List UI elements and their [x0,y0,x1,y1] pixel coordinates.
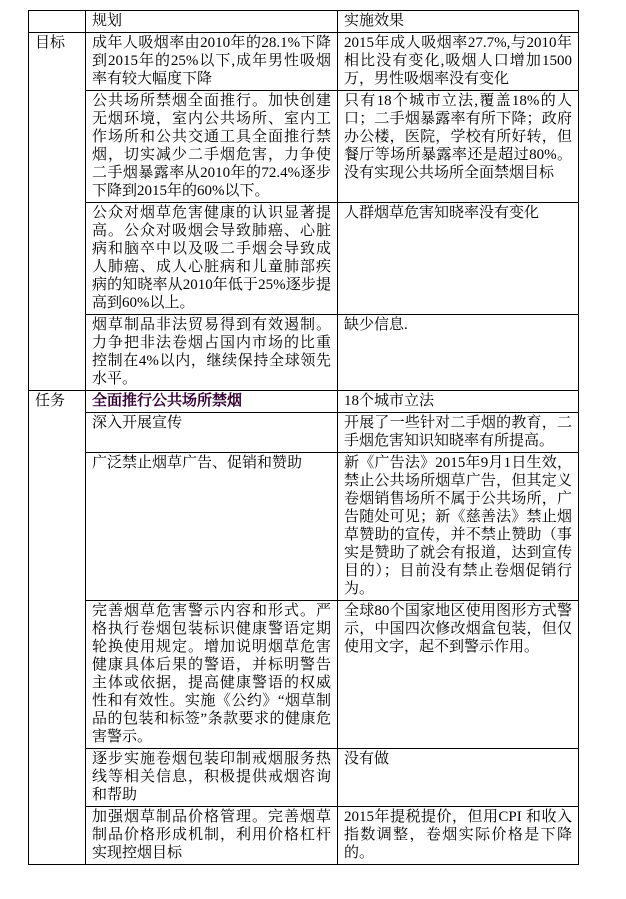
effect-cell: 18个城市立法 [338,391,579,413]
task-title-cell: 全面推行公共场所禁烟 [86,391,338,413]
table-row: 烟草制品非法贸易得到有效遏制。力争把非法卷烟占国内市场的比重控制在4%以内，继续… [29,315,579,391]
table-row: 目标 成年人吸烟率由2010年的28.1%下降到2015年的25%以下,成年男性… [29,33,579,91]
plan-cell: 广泛禁止烟草广告、促销和赞助 [86,453,338,601]
plan-cell: 完善烟草危害警示内容和形式。严格执行卷烟包装标识健康警语定期轮换使用规定。增加说… [86,601,338,749]
plan-cell: 公共场所禁烟全面推行。加快创建无烟环境，室内公共场所、室内工作场所和公共交通工具… [86,91,338,203]
table-row: 公共场所禁烟全面推行。加快创建无烟环境，室内公共场所、室内工作场所和公共交通工具… [29,91,579,203]
effect-cell: 新《广告法》2015年9月1日生效，禁止公共场所烟草广告，但其定义卷烟销售场所不… [338,453,579,601]
effect-cell: 2015年成人吸烟率27.7%,与2010年相比没有变化,吸烟人口增加1500万… [338,33,579,91]
plan-cell: 公众对烟草危害健康的认识显著提高。公众对吸烟会导致肺癌、心脏病和脑卒中以及吸二手… [86,203,338,315]
section-label-tasks: 任务 [29,391,86,865]
effect-cell: 没有做 [338,749,579,807]
table-row: 完善烟草危害警示内容和形式。严格执行卷烟包装标识健康警语定期轮换使用规定。增加说… [29,601,579,749]
table-row: 逐步实施卷烟包装印制戒烟服务热线等相关信息，积极提供戒烟咨询和帮助 没有做 [29,749,579,807]
effect-cell: 2015年提税提价，但用CPI 和收入指数调整，卷烟实际价格是下降的。 [338,807,579,865]
planning-effect-table: 规划 实施效果 目标 成年人吸烟率由2010年的28.1%下降到2015年的25… [28,10,579,865]
column-header-plan: 规划 [86,11,338,33]
plan-cell: 烟草制品非法贸易得到有效遏制。力争把非法卷烟占国内市场的比重控制在4%以内，继续… [86,315,338,391]
effect-cell: 缺少信息. [338,315,579,391]
header-corner-cell [29,11,86,33]
effect-cell: 开展了一些针对二手烟的教育，二手烟危害知识知晓率有所提高。 [338,413,579,453]
effect-cell: 全球80个国家地区使用图形方式警示，中国四次修改烟盒包装，但仅使用文字，起不到警… [338,601,579,749]
table-row: 广泛禁止烟草广告、促销和赞助 新《广告法》2015年9月1日生效，禁止公共场所烟… [29,453,579,601]
column-header-effect: 实施效果 [338,11,579,33]
effect-cell: 只有18个城市立法,覆盖18%的人口；二手烟暴露率有所下降；政府办公楼，医院，学… [338,91,579,203]
table-row: 加强烟草制品价格管理。完善烟草制品价格形成机制，利用价格杠杆实现控烟目标 201… [29,807,579,865]
effect-cell: 人群烟草危害知晓率没有变化 [338,203,579,315]
section-label-goals: 目标 [29,33,86,391]
plan-cell: 成年人吸烟率由2010年的28.1%下降到2015年的25%以下,成年男性吸烟率… [86,33,338,91]
table-row: 深入开展宣传 开展了一些针对二手烟的教育，二手烟危害知识知晓率有所提高。 [29,413,579,453]
plan-cell: 加强烟草制品价格管理。完善烟草制品价格形成机制，利用价格杠杆实现控烟目标 [86,807,338,865]
table-row: 公众对烟草危害健康的认识显著提高。公众对吸烟会导致肺癌、心脏病和脑卒中以及吸二手… [29,203,579,315]
table-row: 任务 全面推行公共场所禁烟 18个城市立法 [29,391,579,413]
plan-cell: 逐步实施卷烟包装印制戒烟服务热线等相关信息，积极提供戒烟咨询和帮助 [86,749,338,807]
plan-cell: 深入开展宣传 [86,413,338,453]
table-header-row: 规划 实施效果 [29,11,579,33]
